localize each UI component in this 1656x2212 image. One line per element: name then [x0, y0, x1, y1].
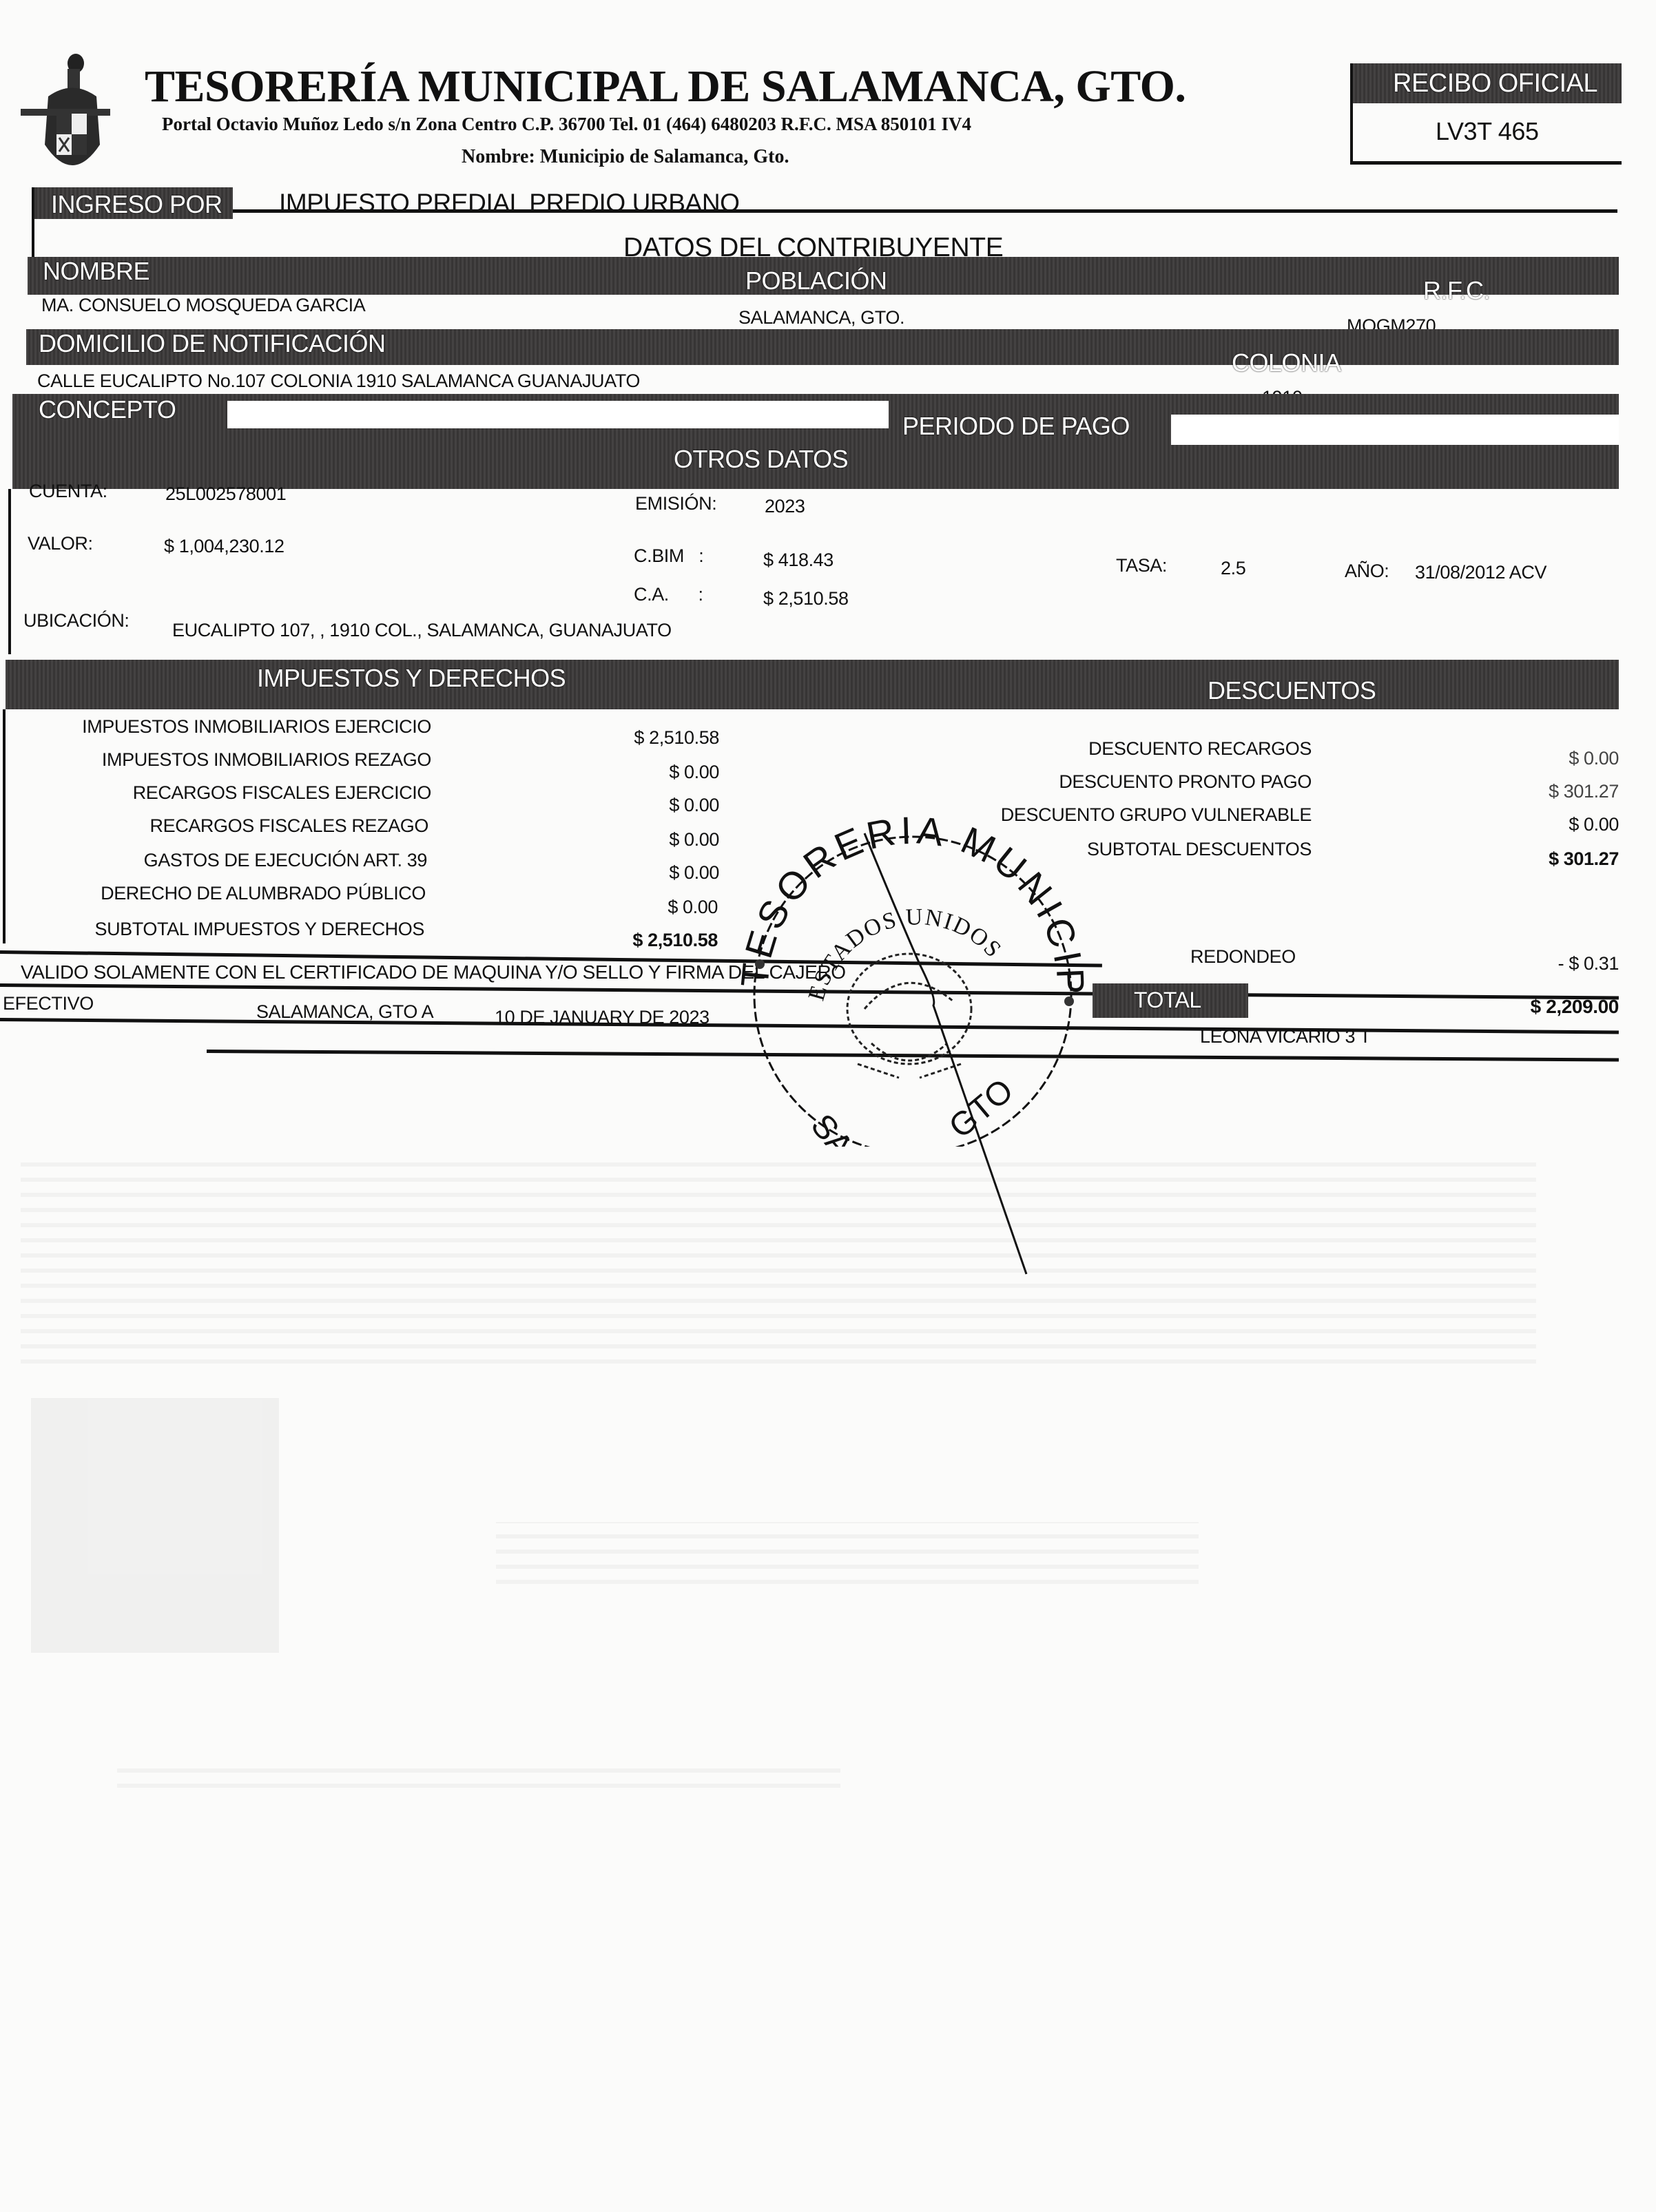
cbim-label: C.BIM :	[634, 545, 703, 567]
domicilio-value: CALLE EUCALIPTO No.107 COLONIA 1910 SALA…	[37, 371, 640, 392]
ca-value: $ 2,510.58	[763, 588, 849, 609]
payment-method: EFECTIVO	[3, 993, 94, 1014]
emision-label: EMISIÓN:	[635, 493, 716, 514]
impuesto-label: IMPUESTOS INMOBILIARIOS EJERCICIO	[21, 716, 431, 738]
ingreso-value: IMPUESTO PREDIAL PREDIO URBANO	[279, 189, 740, 218]
nombre-label: NOMBRE	[43, 257, 149, 286]
concepto-label: CONCEPTO	[39, 395, 176, 424]
nombre-value: MA. CONSUELO MOSQUEDA GARCIA	[41, 295, 365, 316]
bleed-through-qr	[31, 1398, 279, 1653]
receipt-label-bar: RECIBO OFICIAL	[1353, 63, 1622, 103]
valor-label: VALOR:	[28, 533, 93, 554]
descuento-amount: $ 301.27	[1481, 781, 1619, 802]
bleed-through-text	[21, 1157, 1536, 1364]
periodo-field: 1 de 2023 6 de 2023	[1171, 415, 1619, 445]
descuento-label: DESCUENTO PRONTO PAGO	[964, 771, 1312, 793]
colonia-label: COLONIA	[1232, 348, 1341, 377]
impuestos-section-title: IMPUESTOS Y DERECHOS	[257, 664, 566, 693]
descuento-label: DESCUENTO RECARGOS	[964, 738, 1312, 760]
impuesto-label: GASTOS DE EJECUCIÓN ART. 39	[21, 850, 427, 871]
impuestos-descuentos-bar: IMPUESTOS Y DERECHOS DESCUENTOS	[6, 660, 1619, 709]
rfc-label: R.F.C.	[1423, 276, 1490, 305]
poblacion-value: SALAMANCA, GTO.	[738, 307, 904, 328]
left-border	[8, 489, 11, 654]
impuesto-amount: $ 0.00	[579, 829, 719, 851]
impuesto-subtotal-amount: $ 2,510.58	[579, 930, 718, 951]
impuesto-amount: $ 0.00	[579, 762, 719, 783]
concepto-otros-bar: CONCEPTO PERIODO DE PAGO 1 de 2023 6 de …	[12, 394, 1619, 489]
divider	[233, 209, 1617, 213]
left-border	[32, 187, 34, 267]
cbim-value: $ 418.43	[763, 550, 834, 571]
validity-note: VALIDO SOLAMENTE CON EL CERTIFICADO DE M…	[21, 961, 846, 983]
treasury-name-line: Nombre: Municipio de Salamanca, Gto.	[462, 146, 789, 168]
descuento-amount: $ 0.00	[1481, 814, 1619, 835]
impuesto-label: RECARGOS FISCALES EJERCICIO	[21, 782, 431, 804]
valor-value: $ 1,004,230.12	[164, 536, 284, 557]
cashier-location: LEONA VICARIO 3 T	[1200, 1026, 1371, 1047]
impuesto-amount: $ 2,510.58	[579, 727, 719, 749]
impuesto-label: DERECHO DE ALUMBRADO PÚBLICO	[21, 883, 426, 904]
poblacion-label: POBLACIÓN	[745, 267, 887, 295]
left-border	[3, 709, 6, 943]
receipt-label: RECIBO OFICIAL	[1393, 69, 1597, 98]
cuenta-label: CUENTA:	[29, 481, 107, 502]
impuesto-amount: $ 0.00	[579, 897, 718, 918]
total-label: TOTAL	[1134, 988, 1201, 1013]
tasa-value: 2.5	[1221, 558, 1245, 579]
concepto-field	[227, 401, 889, 428]
descuento-subtotal-amount: $ 301.27	[1481, 848, 1619, 870]
redondeo-label: REDONDEO	[1190, 946, 1296, 968]
otros-datos-title: OTROS DATOS	[674, 445, 848, 474]
impuesto-subtotal-label: SUBTOTAL IMPUESTOS Y DERECHOS	[21, 919, 424, 940]
impuesto-amount: $ 0.00	[579, 862, 719, 884]
ca-label: C.A. :	[634, 584, 703, 605]
descuento-amount: $ 0.00	[1481, 748, 1619, 769]
domicilio-header-bar: DOMICILIO DE NOTIFICACIÓN COLONIA	[26, 329, 1619, 365]
periodo-to: 6 de 2023	[1412, 420, 1493, 441]
treasury-title: TESORERÍA MUNICIPAL DE SALAMANCA, GTO.	[145, 61, 1186, 113]
total-value: $ 2,209.00	[1412, 996, 1619, 1018]
ingreso-label-bar: INGRESO POR	[33, 187, 233, 219]
ano-value: 31/08/2012 ACV	[1415, 562, 1546, 583]
descuentos-section-title: DESCUENTOS	[1208, 676, 1376, 705]
ubicacion-value: EUCALIPTO 107, , 1910 COL., SALAMANCA, G…	[172, 620, 672, 641]
periodo-from: 1 de 2023	[1207, 419, 1287, 440]
bleed-through-text	[117, 1763, 840, 1788]
periodo-label: PERIODO DE PAGO	[902, 412, 1130, 441]
bleed-through-text	[496, 1522, 1199, 1584]
total-label-bar: TOTAL	[1093, 983, 1248, 1018]
ubicacion-label: UBICACIÓN:	[23, 610, 130, 632]
coat-of-arms-icon	[21, 48, 124, 186]
treasury-address: Portal Octavio Muñoz Ledo s/n Zona Centr…	[162, 114, 971, 135]
ingreso-label: INGRESO POR	[51, 190, 222, 219]
ano-label: AÑO:	[1345, 561, 1389, 582]
receipt-box: RECIBO OFICIAL LV3T 465	[1350, 63, 1622, 165]
cuenta-value: 25L002578001	[165, 483, 286, 505]
tasa-label: TASA:	[1116, 555, 1167, 576]
impuesto-label: RECARGOS FISCALES REZAGO	[21, 815, 428, 837]
nombre-header-bar: NOMBRE POBLACIÓN R.F.C.	[28, 257, 1619, 295]
receipt-number: LV3T 465	[1436, 117, 1539, 146]
impuesto-amount: $ 0.00	[579, 795, 719, 816]
redondeo-value: - $ 0.31	[1481, 953, 1619, 974]
domicilio-label: DOMICILIO DE NOTIFICACIÓN	[39, 329, 386, 358]
emision-value: 2023	[765, 496, 805, 517]
impuesto-label: IMPUESTOS INMOBILIARIOS REZAGO	[21, 749, 431, 771]
